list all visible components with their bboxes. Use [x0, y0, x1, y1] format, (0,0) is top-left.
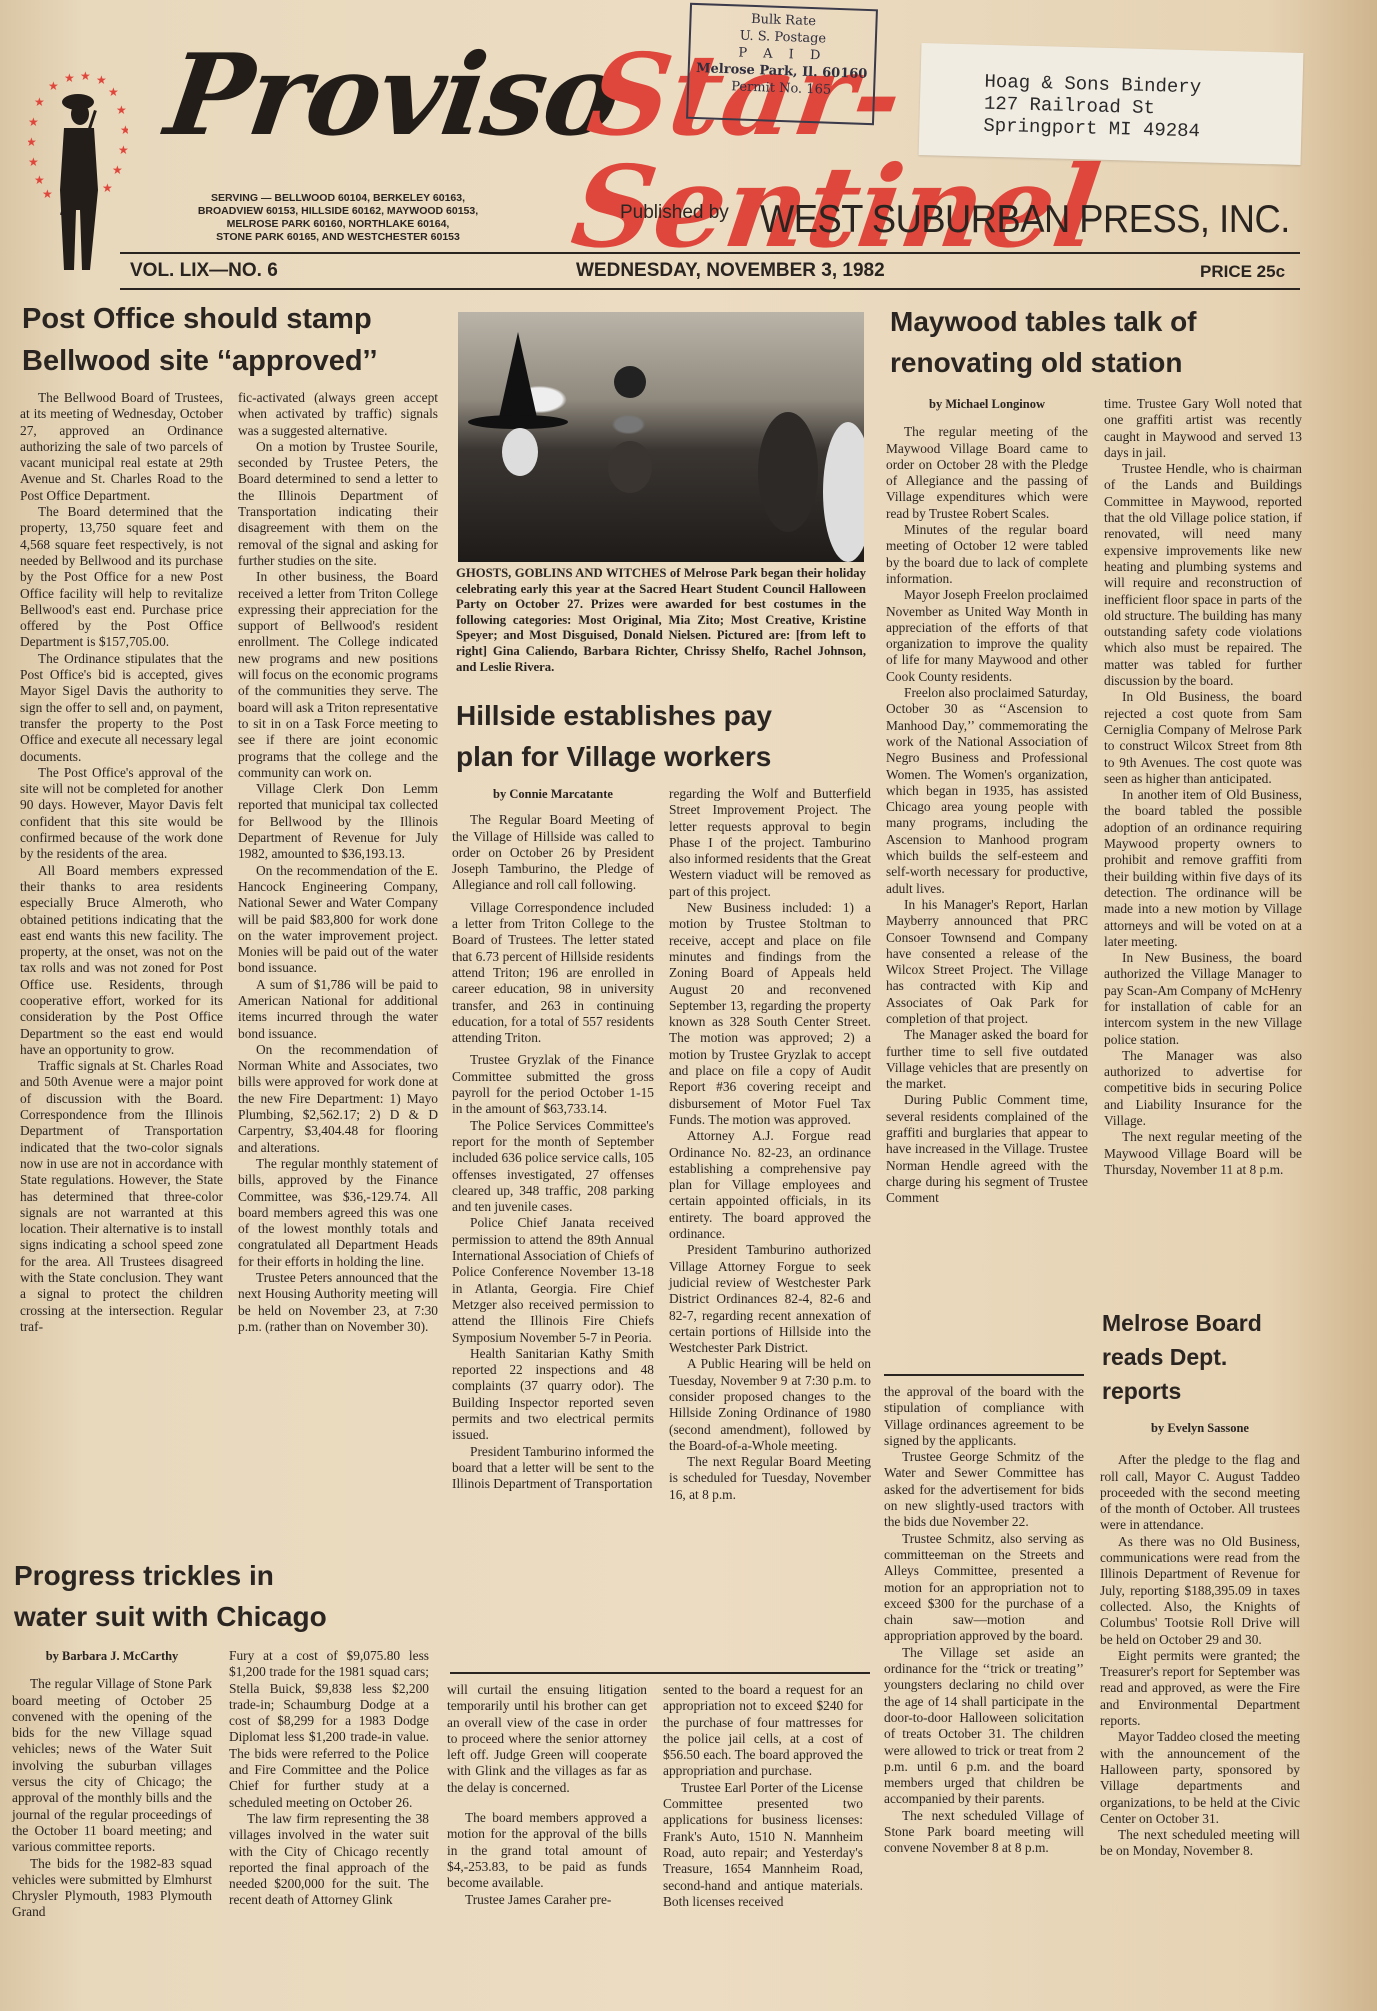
paragraph: The Police Services Committee's report f…	[452, 1118, 654, 1216]
paragraph: The regular Village of Stone Park board …	[12, 1676, 212, 1855]
paragraph: The regular meeting of the Maywood Villa…	[886, 424, 1088, 522]
progress-column-4: sented to the board a request for an app…	[663, 1682, 863, 1910]
melrose-column-1: by Evelyn Sassone After the pledge to th…	[1100, 1420, 1300, 1860]
headline-hillside: Hillside establishes pay plan for Villag…	[456, 696, 876, 777]
headline-line: renovating old station	[890, 343, 1310, 384]
serving-line: MELROSE PARK 60160, NORTHLAKE 60164,	[158, 218, 518, 231]
label-line: Springport MI 49284	[983, 115, 1200, 143]
paragraph: The Bellwood Board of Trustees, at its m…	[20, 390, 223, 504]
svg-text:★: ★	[48, 79, 59, 93]
paragraph: In Old Business, the board rejected a co…	[1104, 689, 1302, 787]
paragraph: sented to the board a request for an app…	[663, 1682, 863, 1780]
post-office-column-1: The Bellwood Board of Trustees, at its m…	[20, 390, 223, 1335]
headline-line: plan for Village workers	[456, 737, 876, 778]
progress-column-3: will curtail the ensuing litigation temp…	[447, 1682, 647, 1908]
byline: by Michael Longinow	[886, 396, 1088, 412]
paragraph: Village Clerk Don Lemm reported that mun…	[238, 781, 438, 862]
headline-maywood: Maywood tables talk of renovating old st…	[890, 302, 1310, 383]
paragraph: time. Trustee Gary Woll noted that one g…	[1104, 396, 1302, 461]
paragraph: President Tamburino authorized Village A…	[669, 1242, 871, 1356]
headline-line: reports	[1102, 1374, 1302, 1408]
svg-text:★: ★	[112, 163, 123, 177]
headline-line: Maywood tables talk of	[890, 302, 1310, 343]
paragraph: Trustee Hendle, who is chairman of the L…	[1104, 461, 1302, 689]
paragraph: Trustee Gryzlak of the Finance Committee…	[452, 1052, 654, 1117]
paragraph: The Board determined that the property, …	[20, 504, 223, 651]
headline-progress: Progress trickles in water suit with Chi…	[14, 1556, 434, 1637]
paragraph: Mayor Taddeo closed the meeting with the…	[1100, 1729, 1300, 1827]
paragraph: Trustee Schmitz, also serving as committ…	[884, 1531, 1084, 1645]
paragraph: On the recommendation of the E. Hancock …	[238, 863, 438, 977]
paragraph: A sum of $1,786 will be paid to American…	[238, 977, 438, 1042]
caption-lead: GHOSTS, GOBLINS AND WITCHES	[456, 566, 667, 580]
mailing-address: Hoag & Sons Bindery127 Railroad StSpring…	[983, 71, 1201, 143]
paragraph: As there was no Old Business, communicat…	[1100, 1534, 1300, 1648]
hillside-column-1: by Connie Marcatante The Regular Board M…	[452, 786, 654, 1492]
paragraph: Trustee Earl Porter of the License Commi…	[663, 1780, 863, 1910]
paragraph: In his Manager's Report, Harlan Mayberry…	[886, 897, 1088, 1027]
svg-text:★: ★	[64, 71, 75, 85]
headline-post-office: Post Office should stamp Bellwood site ‘…	[22, 298, 442, 382]
progress-column-1: by Barbara J. McCarthy The regular Villa…	[12, 1648, 212, 1921]
paragraph: During Public Comment time, several resi…	[886, 1092, 1088, 1206]
section-divider	[450, 1672, 870, 1674]
paragraph: fic-activated (always green accept when …	[238, 390, 438, 439]
paragraph: Village Correspondence included a letter…	[452, 900, 654, 1047]
paragraph: The Ordinance stipulates that the Post O…	[20, 651, 223, 765]
svg-text:★: ★	[80, 70, 91, 83]
halloween-costume-photo-icon	[458, 312, 864, 562]
paragraph: After the pledge to the flag and roll ca…	[1100, 1452, 1300, 1533]
svg-text:★: ★	[42, 187, 53, 201]
headline-line: Hillside establishes pay	[456, 696, 876, 737]
paragraph: On the recommendation of Norman White an…	[238, 1042, 438, 1156]
paragraph: The next regular meeting of the Maywood …	[1104, 1129, 1302, 1178]
paragraph: Minutes of the regular board meeting of …	[886, 522, 1088, 587]
maywood-column-2: time. Trustee Gary Woll noted that one g…	[1104, 396, 1302, 1178]
paragraph: Attorney A.J. Forgue read Ordinance No. …	[669, 1128, 871, 1242]
progress-column-2: Fury at a cost of $9,075.80 less $1,200 …	[229, 1648, 429, 1909]
masthead-bottom-rule	[120, 288, 1300, 290]
newspaper-page: ★★★ ★★★ ★★★ ★★★ ★★★ ★ Proviso Star-Senti…	[0, 0, 1377, 2011]
headline-line: Bellwood site ‘‘approved’’	[22, 340, 442, 382]
svg-text:★: ★	[108, 85, 119, 99]
paragraph: The bids for the 1982-83 squad vehicles …	[12, 1856, 212, 1921]
section-divider	[884, 1374, 1084, 1376]
minuteman-logo-icon: ★★★ ★★★ ★★★ ★★★ ★★★ ★	[28, 70, 128, 285]
paragraph: In another item of Old Business, the boa…	[1104, 787, 1302, 950]
mailing-address-label: Hoag & Sons Bindery127 Railroad StSpring…	[919, 43, 1304, 165]
paragraph: will curtail the ensuing litigation temp…	[447, 1682, 647, 1796]
hillside-column-2: regarding the Wolf and Butterfield Stree…	[669, 786, 871, 1503]
svg-text:★: ★	[34, 95, 45, 109]
paragraph: Police Chief Janata received permission …	[452, 1215, 654, 1345]
headline-line: water suit with Chicago	[14, 1597, 434, 1638]
paragraph: The Regular Board Meeting of the Village…	[452, 812, 654, 893]
svg-text:★: ★	[34, 173, 45, 187]
paragraph: Eight permits were granted; the Treasure…	[1100, 1648, 1300, 1729]
headline-line: reads Dept.	[1102, 1340, 1302, 1374]
serving-line: SERVING — BELLWOOD 60104, BERKELEY 60163…	[158, 192, 518, 205]
paragraph: Fury at a cost of $9,075.80 less $1,200 …	[229, 1648, 429, 1811]
paragraph: A Public Hearing will be held on Tuesday…	[669, 1356, 871, 1454]
paragraph: The regular monthly statement of bills, …	[238, 1156, 438, 1270]
paragraph: The Post Office's approval of the site w…	[20, 765, 223, 863]
svg-text:★: ★	[28, 115, 39, 129]
progress-column-5: the approval of the board with the stipu…	[884, 1384, 1084, 1857]
paragraph: The law firm representing the 38 village…	[229, 1811, 429, 1909]
headline-line: Progress trickles in	[14, 1556, 434, 1597]
paragraph: The Manager was also authorized to adver…	[1104, 1048, 1302, 1129]
byline: by Evelyn Sassone	[1100, 1420, 1300, 1436]
caption-text: of Melrose Park began their holiday cele…	[456, 566, 866, 674]
issue-price: PRICE 25c	[1200, 262, 1285, 282]
svg-text:★: ★	[120, 123, 128, 137]
headline-line: Post Office should stamp	[22, 298, 442, 340]
serving-line: BROADVIEW 60153, HILLSIDE 60162, MAYWOOD…	[158, 205, 518, 218]
svg-text:★: ★	[102, 181, 113, 195]
paragraph: President Tamburino informed the board t…	[452, 1444, 654, 1493]
bulk-rate-postage-stamp: Bulk Rate U. S. Postage P A I D Melrose …	[686, 3, 878, 125]
paragraph: On a motion by Trustee Sourile, seconded…	[238, 439, 438, 569]
paragraph: Health Sanitarian Kathy Smith reported 2…	[452, 1346, 654, 1444]
published-by-label: Published by	[620, 202, 729, 224]
maywood-column-1: by Michael Longinow The regular meeting …	[886, 396, 1088, 1207]
paragraph: The Manager asked the board for further …	[886, 1027, 1088, 1092]
paragraph: The board members approved a motion for …	[447, 1810, 647, 1891]
paragraph: Trustee Peters announced that the next H…	[238, 1270, 438, 1335]
headline-line: Melrose Board	[1102, 1306, 1302, 1340]
masthead-top-rule	[120, 252, 1300, 254]
paragraph: Freelon also proclaimed Saturday, Octobe…	[886, 685, 1088, 897]
paragraph: New Business included: 1) a motion by Tr…	[669, 900, 871, 1128]
paragraph: Trustee George Schmitz of the Water and …	[884, 1449, 1084, 1530]
paragraph: The Village set aside an ordinance for t…	[884, 1645, 1084, 1808]
issue-date: WEDNESDAY, NOVEMBER 3, 1982	[576, 260, 885, 282]
paragraph: In other business, the Board received a …	[238, 569, 438, 781]
paragraph: In New Business, the board authorized th…	[1104, 950, 1302, 1048]
svg-text:★: ★	[116, 103, 127, 117]
paragraph: Traffic signals at St. Charles Road and …	[20, 1058, 223, 1335]
serving-communities: SERVING — BELLWOOD 60104, BERKELEY 60163…	[158, 192, 518, 244]
byline: by Barbara J. McCarthy	[12, 1648, 212, 1664]
svg-text:★: ★	[28, 135, 37, 149]
svg-text:★: ★	[118, 143, 128, 157]
publisher-name: WEST SUBURBAN PRESS, INC.	[760, 198, 1290, 242]
byline: by Connie Marcatante	[452, 786, 654, 802]
svg-text:★: ★	[28, 155, 39, 169]
serving-line: STONE PARK 60165, AND WESTCHESTER 60153	[158, 231, 518, 244]
photo-caption: GHOSTS, GOBLINS AND WITCHES of Melrose P…	[456, 566, 866, 675]
paragraph: The next scheduled Village of Stone Park…	[884, 1808, 1084, 1857]
masthead-title-proviso: Proviso	[160, 40, 625, 152]
paragraph: The next scheduled meeting will be on Mo…	[1100, 1827, 1300, 1860]
volume-number: VOL. LIX—NO. 6	[130, 260, 278, 282]
paragraph: regarding the Wolf and Butterfield Stree…	[669, 786, 871, 900]
svg-text:★: ★	[96, 73, 107, 87]
paragraph: the approval of the board with the stipu…	[884, 1384, 1084, 1449]
headline-melrose: Melrose Board reads Dept. reports	[1102, 1306, 1302, 1408]
paragraph: Mayor Joseph Freelon proclaimed November…	[886, 587, 1088, 685]
paragraph: Trustee James Caraher pre-	[447, 1892, 647, 1908]
paragraph: All Board members expressed their thanks…	[20, 863, 223, 1059]
post-office-column-2: fic-activated (always green accept when …	[238, 390, 438, 1335]
paragraph: The next Regular Board Meeting is schedu…	[669, 1454, 871, 1503]
